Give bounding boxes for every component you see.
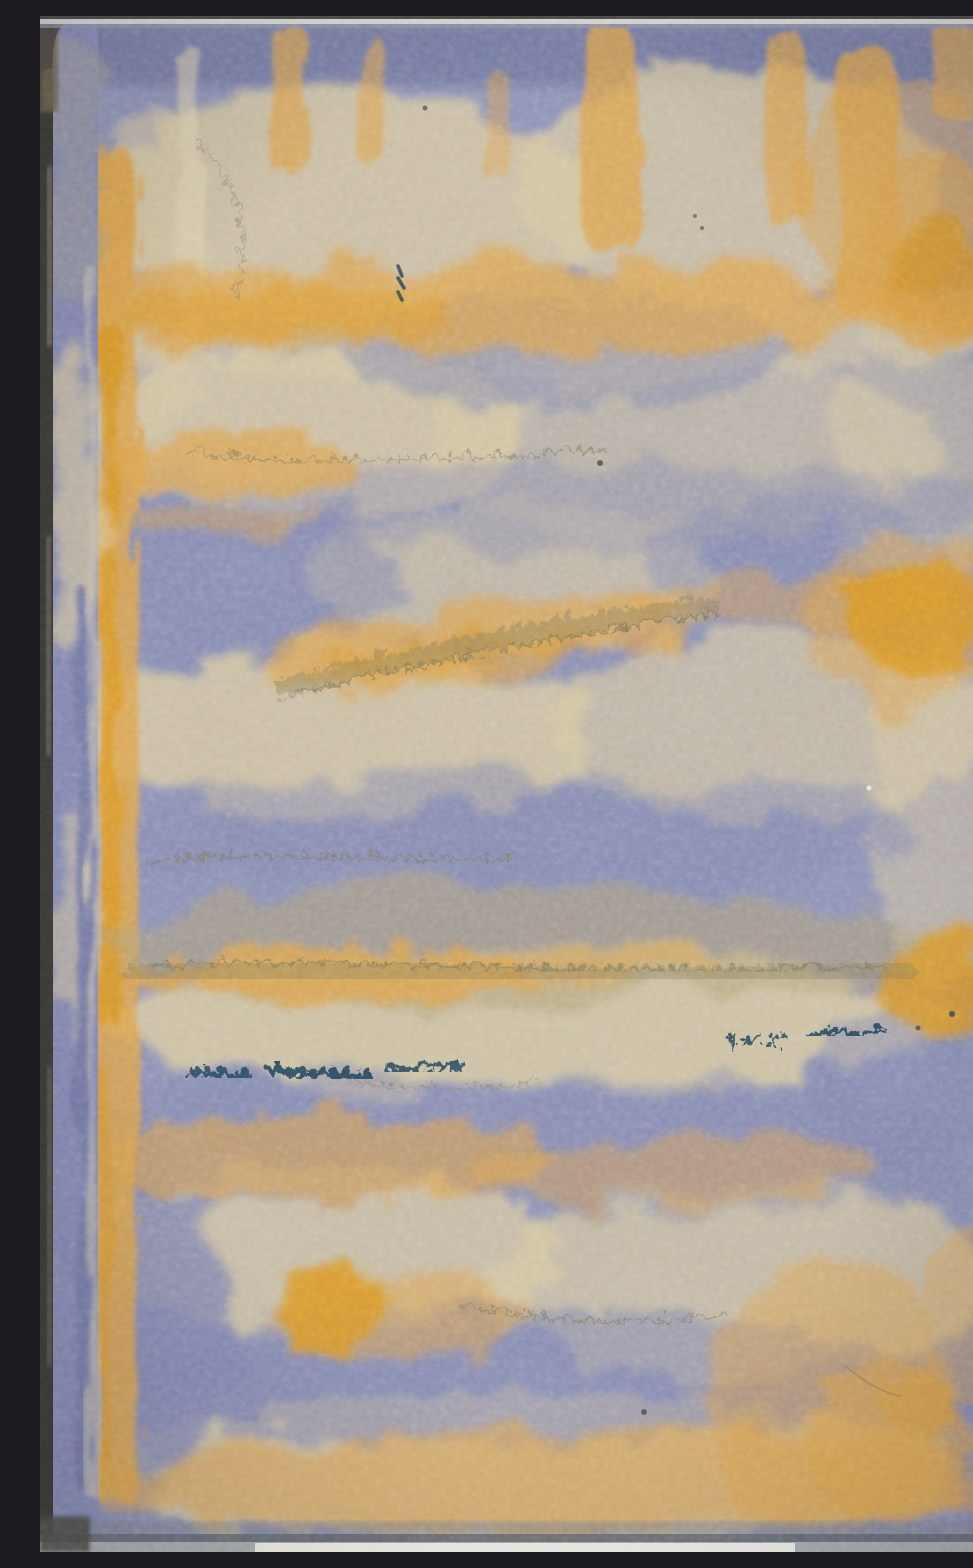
book-cover-canvas — [40, 16, 973, 1552]
book-cover-photo — [40, 16, 973, 1552]
vignette — [40, 16, 973, 1552]
